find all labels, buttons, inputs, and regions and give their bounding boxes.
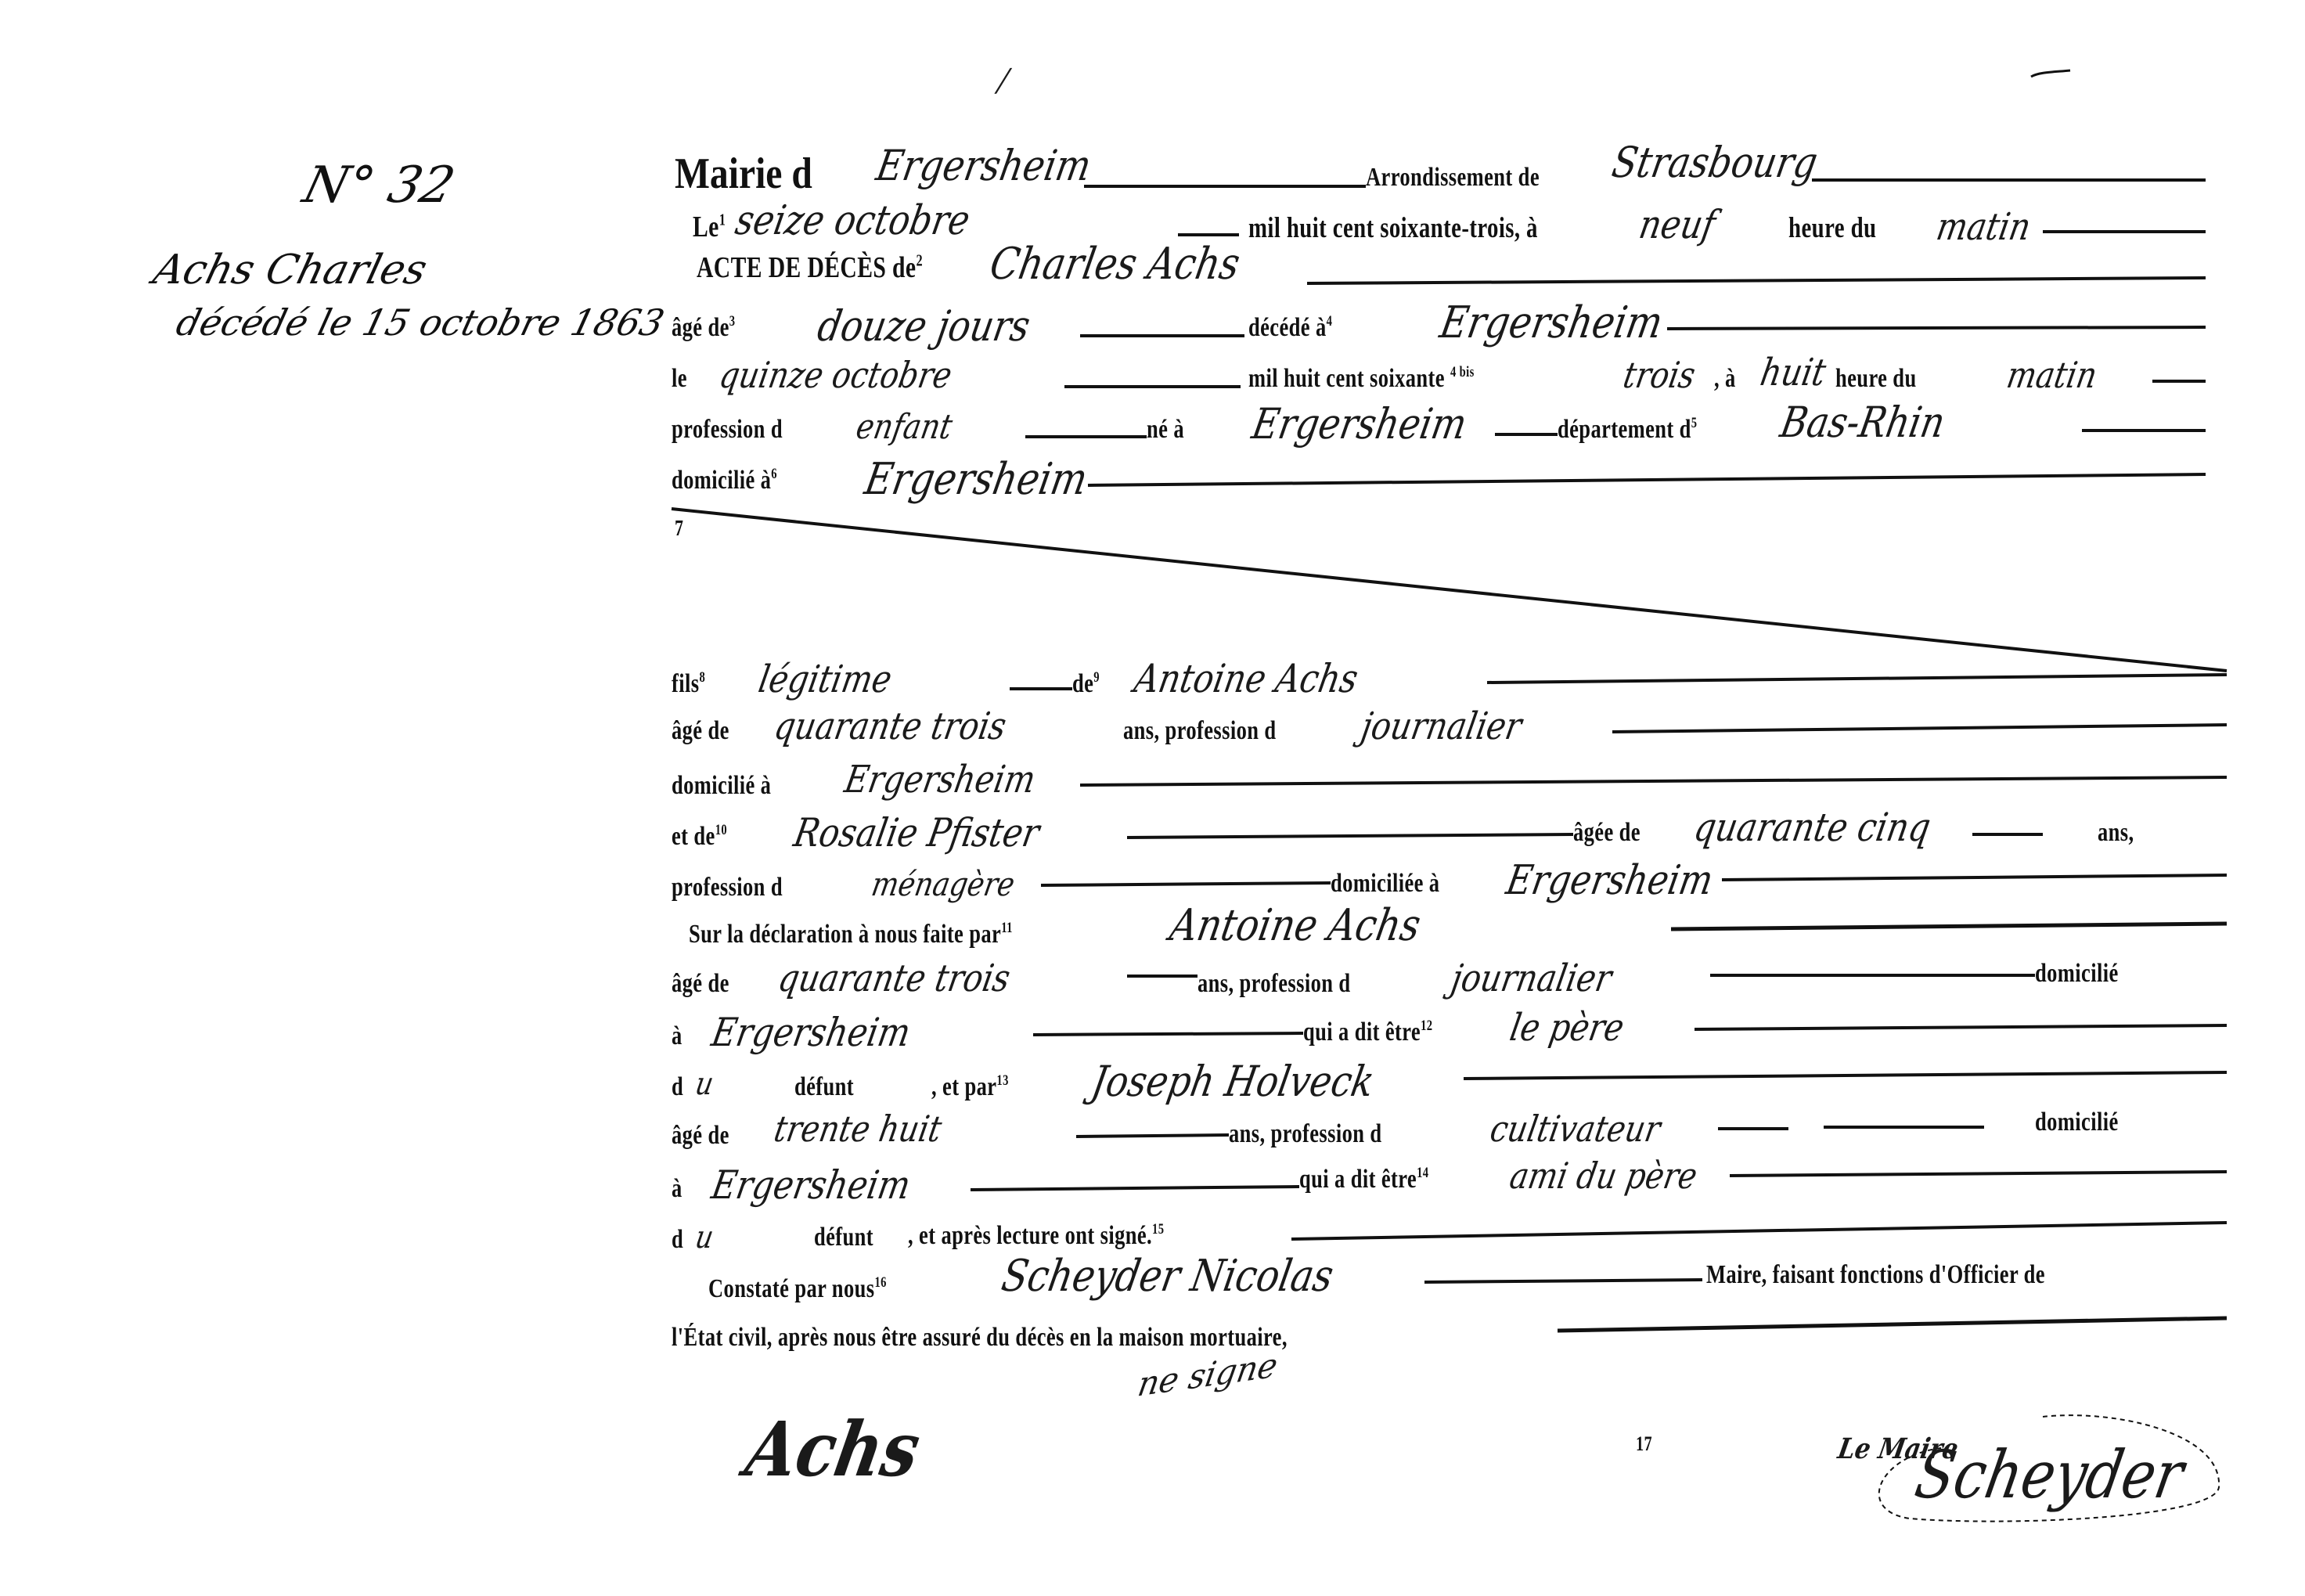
declarant2-age-label: âgé de [672, 1121, 729, 1151]
declarant2-profession-label: ans, profession d [1229, 1119, 1382, 1149]
declarant-signature: Achs [740, 1405, 927, 1493]
mairie-label: Mairie d [675, 149, 812, 199]
declarant1-a-label: à [672, 1021, 682, 1051]
mairie-row: Mairie d [675, 149, 837, 199]
declarant1-age-value: quarante trois [775, 957, 1014, 1000]
declarant2-name: Joseph Holveck [1088, 1057, 1378, 1106]
declarant1-profession: journalier [1448, 957, 1615, 1000]
mother-profession: ménagère [869, 865, 1017, 903]
death-period: matin [2004, 354, 2101, 396]
death-hour-label: , à [1714, 364, 1736, 394]
declarant2-defunt-label: défunt [814, 1223, 873, 1252]
act-period: matin [1933, 205, 2034, 249]
declarant1-name: Antoine Achs [1166, 900, 1424, 951]
departement-value: Bas-Rhin [1777, 398, 1949, 447]
lecture-label: , et après lecture ont signé.15 [908, 1221, 1164, 1251]
le2-label: le [672, 364, 687, 394]
father-profession-label: ans, profession d [1123, 716, 1277, 746]
mother-et-de-label: et de10 [672, 822, 727, 852]
father-domicile: Ergersheim [841, 758, 1039, 802]
declarant1-profession-label: ans, profession d [1198, 969, 1351, 999]
declarant1-d-label: d [672, 1072, 683, 1102]
departement-label: département d5 [1558, 415, 1697, 445]
mairie-value: Ergersheim [873, 141, 1095, 190]
margin-deceased-name: Achs Charles [149, 247, 432, 294]
declarant2-age-value: trente huit [771, 1108, 945, 1150]
declarant1-relation: le père [1507, 1006, 1627, 1050]
arrondissement-value: Strasbourg [1608, 138, 1821, 187]
margin-death-note: décédé le 15 octobre 1863 [172, 301, 668, 344]
page-mark: / [996, 63, 1011, 99]
declarant2-qui-label: qui a dit être14 [1299, 1165, 1428, 1194]
footnote-17: 17 [1636, 1432, 1652, 1456]
mother-age-value: quarante cinq [1691, 805, 1934, 850]
etat-civil-label: l'État civil, après nous être assuré du … [672, 1323, 1288, 1353]
death-heure-label: heure du [1835, 364, 1917, 394]
declarant2-profession: cultivateur [1487, 1108, 1664, 1150]
mayor-signature: Scheyder [1910, 1436, 2189, 1513]
mother-ans-label: ans, [2098, 818, 2134, 848]
declarant-not-signing-note: ne signe [1135, 1345, 1280, 1404]
mother-agee-label: âgée de [1573, 818, 1641, 848]
mother-domicile: Ergersheim [1503, 857, 1716, 904]
mother-profession-label: profession d [672, 873, 783, 902]
mother-domiciliee-label: domiciliée à [1331, 869, 1439, 899]
constate-label: Constaté par nous16 [708, 1274, 887, 1304]
declarant1-age-label: âgé de [672, 969, 729, 999]
father-domicile-label: domicilié à [672, 771, 771, 801]
footnote-7: 7 [675, 517, 683, 542]
father-age-label: âgé de [672, 716, 729, 746]
declarant2-domicile: Ergersheim [708, 1162, 914, 1208]
heure-label: heure du [1788, 211, 1876, 245]
domicile-label: domicilié à6 [672, 466, 777, 495]
maire-label: Maire, faisant fonctions d'Officier de [1706, 1260, 2045, 1290]
declarant2-a-label: à [672, 1174, 682, 1204]
officer-name: Scheyder Nicolas [998, 1251, 1337, 1302]
death-date: quinze octobre [716, 354, 955, 396]
year-text: mil huit cent soixante-trois, à [1248, 211, 1538, 245]
death-year-text: mil huit cent soixante 4 bis [1248, 364, 1475, 394]
et-par-label: , et par13 [931, 1072, 1009, 1102]
declarant1-domicile: Ergersheim [708, 1010, 914, 1055]
act-date: seize octobre [732, 197, 974, 244]
profession-value: enfant [853, 407, 956, 447]
declarant1-qui-label: qui a dit être12 [1303, 1018, 1432, 1047]
mother-name: Rosalie Pfister [791, 810, 1043, 856]
ne-label: né à [1147, 415, 1184, 445]
acte-label: ACTE DE DÉCÈS de2 [697, 250, 923, 285]
death-hour: huit [1757, 351, 1829, 394]
father-age-value: quarante trois [771, 704, 1010, 748]
father-de-label: de9 [1072, 669, 1100, 699]
age-value: douze jours [814, 301, 1034, 351]
declarant2-d-label: d [672, 1225, 683, 1255]
declarant2-relation: ami du père [1507, 1155, 1701, 1197]
decede-label: décédé à4 [1248, 313, 1332, 343]
declarant1-defunt-label: défunt [794, 1072, 854, 1102]
declarant2-d-value: u [693, 1220, 716, 1256]
profession-label: profession d [672, 415, 783, 445]
birth-place: Ergersheim [1248, 399, 1471, 449]
age-label: âgé de3 [672, 313, 735, 343]
arrondissement-label: Arrondissement de [1366, 163, 1540, 193]
father-profession: journalier [1358, 704, 1525, 748]
deceased-name: Charles Achs [986, 239, 1244, 290]
declarant2-domicilie-label: domicilié [2035, 1108, 2119, 1137]
act-hour: neuf [1636, 202, 1719, 247]
father-name: Antoine Achs [1131, 656, 1362, 701]
declaration-intro: Sur la déclaration à nous faite par11 [689, 920, 1013, 949]
death-place: Ergersheim [1436, 297, 1666, 348]
declarant1-domicilie-label: domicilié [2035, 959, 2119, 989]
domicile-value: Ergersheim [861, 454, 1091, 505]
fils-label: fils8 [672, 669, 705, 699]
margin-act-number: N° 32 [297, 157, 460, 214]
le-label: Le1 [693, 210, 726, 244]
legitimacy: légitime [755, 657, 895, 701]
death-year-written: trois [1620, 354, 1698, 396]
declarant1-d-value: u [693, 1066, 716, 1102]
